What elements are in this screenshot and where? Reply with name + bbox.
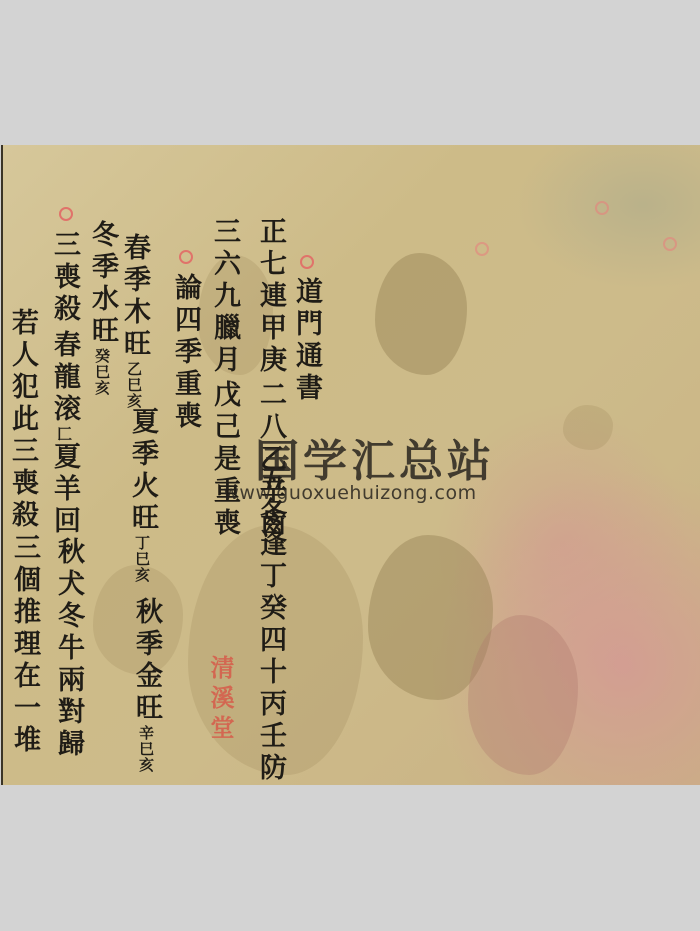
text-column: 論四季重喪 [172, 273, 199, 433]
text-column: 三個推理在一堆 [11, 533, 38, 757]
water-stain [563, 405, 613, 450]
column-text: 五冬逢丁癸 [255, 465, 286, 625]
text-column: 冬季水旺癸巳亥 [89, 220, 116, 396]
text-column: 秋犬冬牛兩對歸 [55, 537, 82, 761]
column-text: 三個推理在一堆 [9, 533, 40, 757]
red-circle-mark [59, 207, 73, 221]
water-stain [375, 253, 467, 375]
column-note: 癸巳亥 [93, 348, 111, 396]
red-circle-mark [300, 255, 314, 269]
column-text: 道門通書 [291, 277, 322, 405]
column-text: 冬季水旺 [87, 220, 118, 348]
column-text: 春龍滚 [49, 330, 80, 426]
column-note: 乙巳亥 [125, 361, 143, 409]
red-circle-mark [595, 201, 609, 215]
image-viewer: 道門通書 正七連甲庚 二八乙辛齒 五冬逢丁癸 四十丙壬防 三六九臘月 戊己是重喪… [0, 0, 700, 931]
text-column: 戊己是重喪 [211, 380, 238, 540]
red-seal-stamp: 清溪堂 [203, 655, 238, 745]
column-text: 戊己是重喪 [209, 380, 240, 540]
column-text: 夏羊回 [49, 442, 80, 538]
column-text: 論四季重喪 [170, 273, 201, 433]
text-column: 正七連甲庚 [257, 217, 284, 377]
water-stain [468, 615, 578, 775]
red-circle-mark [663, 237, 677, 251]
manuscript-page: 道門通書 正七連甲庚 二八乙辛齒 五冬逢丁癸 四十丙壬防 三六九臘月 戊己是重喪… [1, 145, 700, 785]
column-text: 三六九臘月 [209, 217, 240, 377]
column-note: 丁巳亥 [133, 535, 151, 583]
text-column: 四十丙壬防 [257, 625, 284, 785]
red-circle-mark [475, 242, 489, 256]
column-text: 四十丙壬防 [255, 625, 286, 785]
text-column: 秋季金旺辛巳亥 [133, 597, 160, 773]
column-text: 三喪殺 [49, 230, 80, 326]
text-column: 春龍滚匚夏羊回 [51, 330, 78, 538]
text-column: 三六九臘月 [211, 217, 238, 377]
column-text: 秋季金旺 [131, 597, 162, 725]
text-column: 春季木旺乙巳亥 [121, 233, 148, 409]
text-column: 夏季火旺丁巳亥 [129, 407, 156, 583]
column-text: 正七連甲庚 [255, 217, 286, 377]
column-text: 若人犯此三喪殺 [7, 308, 38, 532]
red-circle-mark [179, 250, 193, 264]
text-column: 若人犯此三喪殺 [9, 308, 36, 532]
text-column: 三喪殺 [51, 230, 78, 326]
column-text: 春季木旺 [119, 233, 150, 361]
column-text: 夏季火旺 [127, 407, 158, 535]
column-note: 辛巳亥 [137, 725, 155, 773]
text-column-title: 道門通書 [293, 277, 320, 405]
column-text: 秋犬冬牛兩對歸 [53, 537, 84, 761]
column-note: 匚 [55, 426, 73, 442]
text-column: 五冬逢丁癸 [257, 465, 284, 625]
